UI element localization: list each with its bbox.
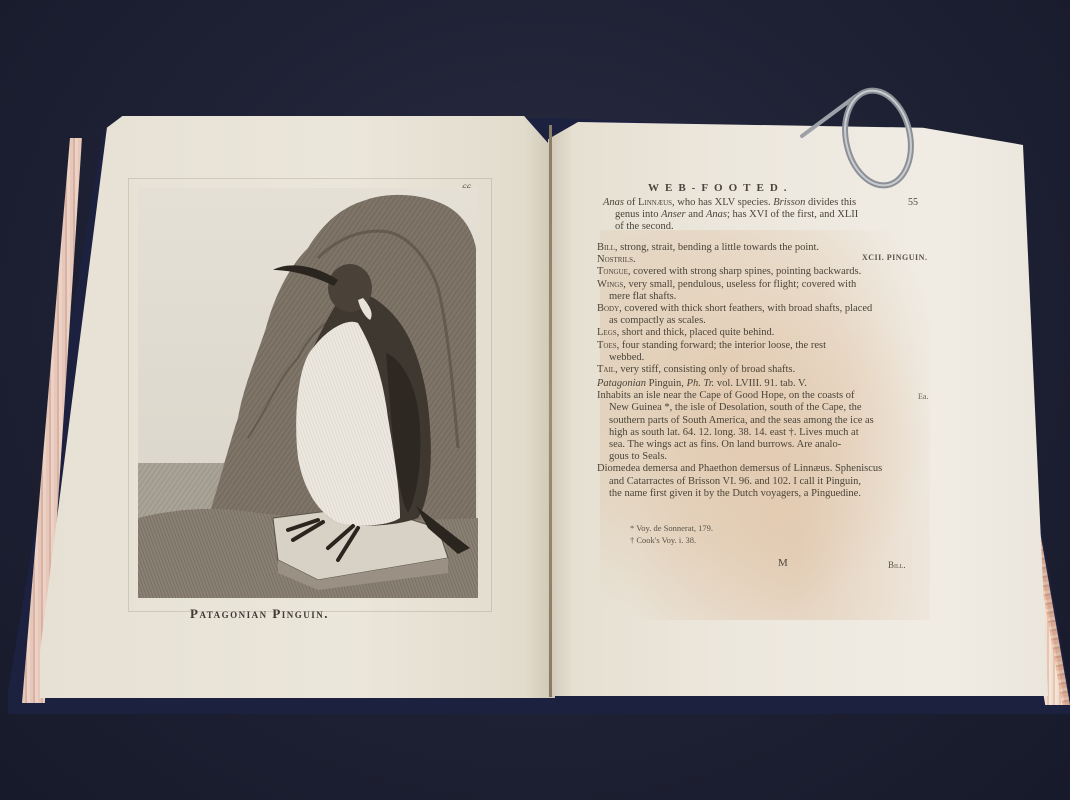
intro-genus: Anas <box>603 197 624 208</box>
character-line: Toes, four standing forward; the interio… <box>597 340 882 352</box>
species-name: Patagonian <box>597 378 646 389</box>
reference-detail: vol. LVIII. 91. tab. V. <box>714 378 807 389</box>
intro-text: of <box>624 197 638 208</box>
footnote: * Voy. de Sonnerat, 179. <box>630 522 713 534</box>
character-term: Tail <box>597 364 615 375</box>
intro-brisson: Brisson <box>773 197 805 208</box>
habitat-line: high as south lat. 64. 12. long. 38. 14.… <box>597 427 892 439</box>
book-gutter <box>549 125 552 697</box>
footnote: † Cook's Voy. i. 38. <box>630 534 713 546</box>
character-line: Tongue, covered with strong sharp spines… <box>597 266 882 278</box>
page-number: 55 <box>908 197 918 208</box>
character-line: mere flat shafts. <box>597 291 882 303</box>
character-text: webbed. <box>609 352 644 363</box>
species-name-rest: Pinguin, <box>646 378 687 389</box>
species-account: Patagonian Pinguin, Ph. Tr. vol. LVIII. … <box>597 378 892 500</box>
character-term: Bill <box>597 242 615 253</box>
genus-characters: Bill, strong, strait, bending a little t… <box>597 242 882 376</box>
penguin-engraving <box>138 188 478 598</box>
running-head: WEB-FOOTED. <box>648 182 793 194</box>
character-line: webbed. <box>597 352 882 364</box>
reference-source: Ph. Tr. <box>687 378 715 389</box>
footnotes: * Voy. de Sonnerat, 179. † Cook's Voy. i… <box>630 522 713 546</box>
plate-caption: Patagonian Pinguin. <box>190 606 329 622</box>
genus-intro: Anas of Linnæus, who has XLV species. Br… <box>603 197 883 234</box>
character-text: , very small, pendulous, useless for fli… <box>623 279 856 290</box>
character-term: Nostrils <box>597 254 633 265</box>
intro-anser: Anser <box>661 209 686 220</box>
habitat-line: Inhabits an isle near the Cape of Good H… <box>597 390 892 402</box>
intro-author: Linnæus <box>638 197 672 208</box>
character-text: , strong, strait, bending a little towar… <box>615 242 819 253</box>
intro-text: genus into <box>615 209 661 220</box>
intro-text: , who has XLV species. <box>672 197 773 208</box>
character-line: Legs, short and thick, placed quite behi… <box>597 327 882 339</box>
character-term: Legs <box>597 327 617 338</box>
species-reference: Patagonian Pinguin, Ph. Tr. vol. LVIII. … <box>597 378 892 390</box>
character-text: , very stiff, consisting only of broad s… <box>615 364 795 375</box>
character-term: Tongue <box>597 266 628 277</box>
habitat-line: New Guinea *, the isle of Desolation, so… <box>597 402 892 414</box>
character-text: , covered with strong sharp spines, poin… <box>628 266 861 277</box>
character-line: Bill, strong, strait, bending a little t… <box>597 242 882 254</box>
character-text: as compactly as scales. <box>609 315 706 326</box>
signature-mark: M <box>778 557 788 569</box>
character-term: Body <box>597 303 619 314</box>
catchword: Bill. <box>888 560 906 570</box>
intro-text: and <box>686 209 706 220</box>
character-text: , four standing forward; the interior lo… <box>617 340 826 351</box>
character-line: as compactly as scales. <box>597 315 882 327</box>
wire-clip-icon <box>798 84 916 194</box>
character-text: , covered with thick short feathers, wit… <box>619 303 872 314</box>
habitat-line: sea. The wings act as fins. On land burr… <box>597 439 892 451</box>
intro-text: ; has XVI of the first, and XLII <box>727 209 858 220</box>
synonymy-line: and Catarractes of Brisson VI. 96. and 1… <box>597 476 892 488</box>
character-line: Wings, very small, pendulous, useless fo… <box>597 279 882 291</box>
synonymy-line: the name first given it by the Dutch voy… <box>597 488 892 500</box>
character-text: , short and thick, placed quite behind. <box>617 327 775 338</box>
intro-text: divides this <box>805 197 856 208</box>
character-term: Wings <box>597 279 623 290</box>
habitat-line: gous to Seals. <box>597 451 892 463</box>
habitat-line: southern parts of South America, and the… <box>597 415 892 427</box>
character-text: . <box>633 254 636 265</box>
character-line: Body, covered with thick short feathers,… <box>597 303 882 315</box>
intro-anas: Anas <box>706 209 727 220</box>
character-text: mere flat shafts. <box>609 291 676 302</box>
character-line: Tail, very stiff, consisting only of bro… <box>597 364 882 376</box>
synonymy-line: Diomedea demersa and Phaethon demersus o… <box>597 463 892 475</box>
character-term: Toes <box>597 340 617 351</box>
intro-text: of the second. <box>615 221 674 232</box>
book-photo: XIV 66 <box>0 0 1070 800</box>
side-note-ea: Ea. <box>918 392 928 401</box>
character-line: Nostrils. <box>597 254 882 266</box>
